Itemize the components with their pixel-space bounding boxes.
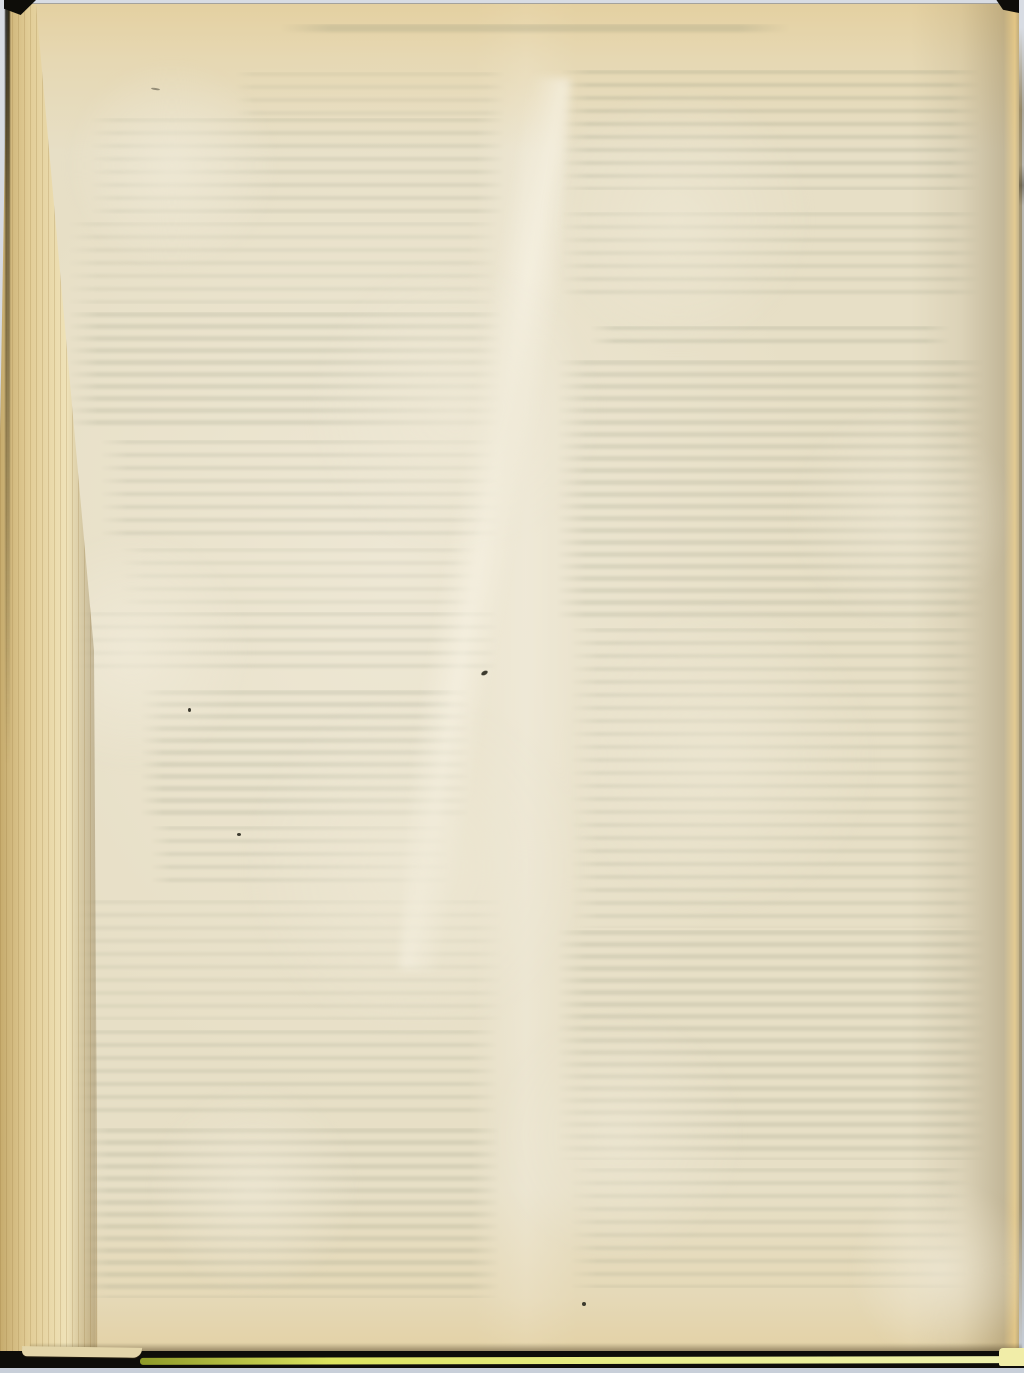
dirt-speck (188, 708, 191, 712)
ghost-text-block (556, 930, 986, 1160)
ghost-text-block (560, 70, 980, 190)
ghost-text-block (590, 326, 950, 350)
ghost-text-block (560, 212, 980, 302)
ghost-text-block (556, 360, 984, 620)
dirt-speck (237, 833, 241, 836)
ghost-text-block (570, 628, 980, 928)
page-corner-bottom-right (999, 1348, 1024, 1366)
dirt-speck (151, 87, 160, 90)
ghost-text-block (68, 1030, 498, 1120)
dirt-speck (582, 1302, 586, 1306)
bottom-black-bar (0, 1351, 1024, 1368)
ghost-text-block (68, 222, 498, 304)
ghost-text-block (80, 1128, 500, 1298)
right-edge-strip (1019, 0, 1024, 1373)
page-surface (10, 4, 1022, 1351)
ghost-header-band (280, 24, 790, 44)
page-bottom-corner (22, 1346, 142, 1358)
book-cover-edge-strip (140, 1356, 1012, 1365)
ghost-text-block (90, 118, 505, 214)
ghost-text-block (570, 1168, 970, 1288)
left-edge-seam-shadow (5, 4, 10, 764)
scanner-background (0, 0, 1024, 1373)
